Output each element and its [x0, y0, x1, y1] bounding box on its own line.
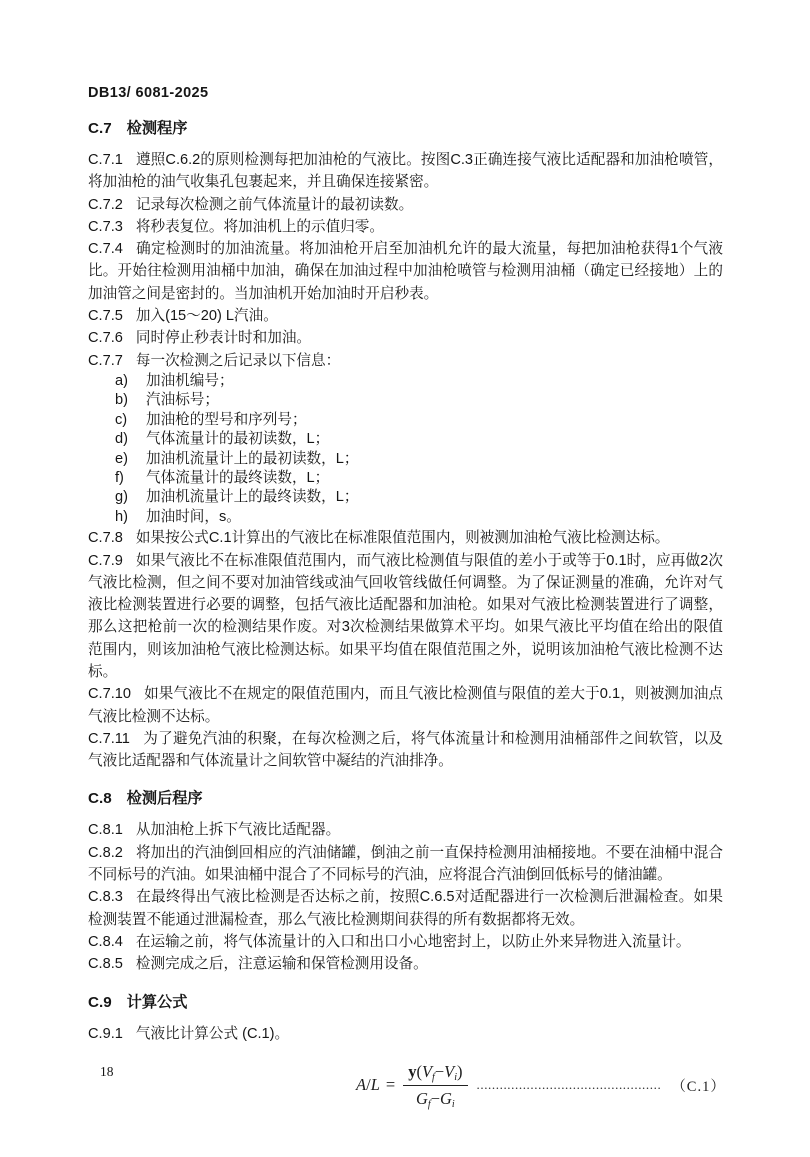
clause-c7-1: C.7.1遵照C.6.2的原则检测每把加油枪的气液比。按图C.3正确连接气液比适…: [88, 149, 723, 194]
clause-c8-1: C.8.1从加油枪上拆下气液比适配器。: [88, 819, 723, 841]
section-number: C.8: [88, 790, 112, 807]
clause-text: 气液比计算公式 (C.1)。: [136, 1026, 289, 1042]
clause-number: C.8.5: [88, 956, 123, 972]
list-item-text: 加油机流量计上的最终读数，L；: [146, 489, 358, 505]
list-item-text: 气体流量计的最初读数，L；: [146, 431, 329, 447]
list-item: b)汽油标号；: [88, 391, 723, 410]
list-item-text: 加油机流量计上的最初读数，L；: [146, 451, 358, 467]
section-number: C.7: [88, 120, 112, 137]
list-item-text: 汽油标号；: [146, 392, 219, 408]
clause-c9-1: C.9.1气液比计算公式 (C.1)。: [88, 1023, 723, 1045]
clause-number: C.7.3: [88, 219, 123, 235]
var-Vf: V: [422, 1062, 432, 1081]
clause-number: C.7.8: [88, 530, 123, 546]
clause-number: C.7.9: [88, 553, 123, 569]
section-number: C.9: [88, 994, 112, 1011]
formula-number-label: （C.1）: [671, 1075, 726, 1096]
list-marker: d): [115, 430, 146, 449]
var-L: L: [371, 1075, 380, 1094]
close-paren: ): [457, 1062, 463, 1081]
clause-text: 确定检测时的加油流量。将加油枪开启至加油机允许的最大流量，每把加油枪获得1个气液…: [88, 241, 723, 302]
clause-text: 记录每次检测之前气体流量计的最初读数。: [136, 197, 413, 213]
list-item: d)气体流量计的最初读数，L；: [88, 430, 723, 449]
list-marker: g): [115, 488, 146, 507]
clause-number: C.9.1: [88, 1026, 123, 1042]
clause-text: 在最终得出气液比检测是否达标之前，按照C.6.5对适配器进行一次检测后泄漏检查。…: [88, 889, 723, 927]
clause-c7-4: C.7.4确定检测时的加油流量。将加油枪开启至加油机允许的最大流量，每把加油枪获…: [88, 238, 723, 305]
clause-c8-2: C.8.2将加出的汽油倒回相应的汽油储罐，倒油之前一直保持检测用油桶接地。不要在…: [88, 842, 723, 887]
section-heading-c9: C.9计算公式: [88, 992, 723, 1013]
clause-text: 同时停止秒表计时和加油。: [136, 330, 311, 346]
clause-c7-8: C.7.8如果按公式C.1计算出的气液比在标准限值范围内，则被测加油枪气液比检测…: [88, 527, 723, 549]
clause-text: 加入(15～20) L汽油。: [136, 308, 278, 324]
clause-number: C.7.10: [88, 686, 131, 702]
clause-c7-10: C.7.10如果气液比不在规定的限值范围内，而且气液比检测值与限值的差大于0.1…: [88, 683, 723, 728]
formula-lhs: A/L=: [356, 1075, 401, 1095]
clause-text: 在运输之前，将气体流量计的入口和出口小心地密封上，以防止外来异物进入流量计。: [136, 934, 691, 950]
clause-c7-5: C.7.5加入(15～20) L汽油。: [88, 305, 723, 327]
list-marker: c): [115, 411, 146, 430]
clause-number: C.7.5: [88, 308, 123, 324]
clause-number: C.7.11: [88, 731, 130, 747]
equals-sign: =: [386, 1075, 395, 1094]
clause-c7-9: C.7.9如果气液比不在标准限值范围内，而气液比检测值与限值的差小于或等于0.1…: [88, 550, 723, 684]
clause-number: C.7.1: [88, 152, 123, 168]
page-number: 18: [100, 1064, 114, 1080]
clause-number: C.8.4: [88, 934, 123, 950]
list-marker: b): [115, 391, 146, 410]
clause-text: 如果按公式C.1计算出的气液比在标准限值范围内，则被测加油枪气液比检测达标。: [136, 530, 670, 546]
section-title: 检测后程序: [127, 790, 203, 807]
minus-sign: −: [431, 1089, 440, 1108]
clause-number: C.7.2: [88, 197, 123, 213]
list-item: h)加油时间，s。: [88, 508, 723, 527]
list-item-text: 加油机编号；: [146, 373, 234, 389]
clause-number: C.8.2: [88, 845, 123, 861]
clause-c7-11: C.7.11为了避免汽油的积聚，在每次检测之后，将气体流量计和检测用油桶部件之间…: [88, 728, 723, 773]
clause-c7-6: C.7.6同时停止秒表计时和加油。: [88, 327, 723, 349]
list-marker: h): [115, 508, 146, 527]
list-marker: f): [115, 469, 146, 488]
clause-c7-3: C.7.3将秒表复位。将加油机上的示值归零。: [88, 216, 723, 238]
clause-text: 遵照C.6.2的原则检测每把加油枪的气液比。按图C.3正确连接气液比适配器和加油…: [88, 152, 723, 190]
clause-number: C.7.4: [88, 241, 123, 257]
formula-fraction: y(Vf−Vi) Gf−Gi: [403, 1062, 467, 1109]
clause-text: 如果气液比不在规定的限值范围内，而且气液比检测值与限值的差大于0.1，则被测加油…: [88, 686, 723, 724]
list-item: a)加油机编号；: [88, 372, 723, 391]
clause-c7-7: C.7.7每一次检测之后记录以下信息：: [88, 350, 723, 372]
list-item-text: 加油枪的型号和序列号；: [146, 412, 307, 428]
clause-number: C.8.1: [88, 822, 123, 838]
document-page: DB13/ 6081-2025 C.7检测程序 C.7.1遵照C.6.2的原则检…: [0, 0, 810, 1157]
list-item: g)加油机流量计上的最终读数，L；: [88, 488, 723, 507]
section-title: 计算公式: [127, 994, 188, 1011]
clause-text: 将加出的汽油倒回相应的汽油储罐，倒油之前一直保持检测用油桶接地。不要在油桶中混合…: [88, 845, 723, 883]
clause-text: 从加油枪上拆下气液比适配器。: [136, 822, 340, 838]
sub-i: i: [452, 1099, 455, 1110]
formula-c1: A/L= y(Vf−Vi) Gf−Gi ....................…: [356, 1062, 723, 1109]
fraction-denominator: Gf−Gi: [416, 1086, 455, 1109]
record-info-list: a)加油机编号； b)汽油标号； c)加油枪的型号和序列号； d)气体流量计的最…: [88, 372, 723, 527]
section-heading-c7: C.7检测程序: [88, 118, 723, 139]
clause-c7-2: C.7.2记录每次检测之前气体流量计的最初读数。: [88, 194, 723, 216]
list-item-text: 气体流量计的最终读数，L；: [146, 470, 329, 486]
clause-text: 为了避免汽油的积聚，在每次检测之后，将气体流量计和检测用油桶部件之间软管，以及气…: [88, 731, 723, 769]
clause-number: C.7.6: [88, 330, 123, 346]
section-heading-c8: C.8检测后程序: [88, 788, 723, 809]
dot-leader: ........................................…: [477, 1077, 662, 1093]
minus-sign: −: [435, 1062, 444, 1081]
list-marker: a): [115, 372, 146, 391]
clause-text: 将秒表复位。将加油机上的示值归零。: [136, 219, 384, 235]
clause-text: 每一次检测之后记录以下信息：: [136, 353, 340, 369]
list-item: e)加油机流量计上的最初读数，L；: [88, 450, 723, 469]
clause-text: 如果气液比不在标准限值范围内，而气液比检测值与限值的差小于或等于0.1时，应再做…: [88, 553, 723, 680]
clause-number: C.7.7: [88, 353, 123, 369]
list-item: f)气体流量计的最终读数，L；: [88, 469, 723, 488]
section-title: 检测程序: [127, 120, 188, 137]
clause-c8-5: C.8.5检测完成之后，注意运输和保管检测用设备。: [88, 953, 723, 975]
var-Gi: G: [440, 1089, 452, 1108]
var-A: A: [356, 1075, 366, 1094]
fraction-numerator: y(Vf−Vi): [403, 1062, 467, 1086]
clause-c8-4: C.8.4在运输之前，将气体流量计的入口和出口小心地密封上，以防止外来异物进入流…: [88, 931, 723, 953]
var-Vi: V: [444, 1062, 454, 1081]
list-item: c)加油枪的型号和序列号；: [88, 411, 723, 430]
var-Gf: G: [416, 1089, 428, 1108]
clause-number: C.8.3: [88, 889, 123, 905]
list-marker: e): [115, 450, 146, 469]
list-item-text: 加油时间，s。: [146, 509, 241, 525]
clause-c8-3: C.8.3在最终得出气液比检测是否达标之前，按照C.6.5对适配器进行一次检测后…: [88, 886, 723, 931]
doc-number: DB13/ 6081-2025: [88, 84, 723, 102]
clause-text: 检测完成之后，注意运输和保管检测用设备。: [136, 956, 428, 972]
